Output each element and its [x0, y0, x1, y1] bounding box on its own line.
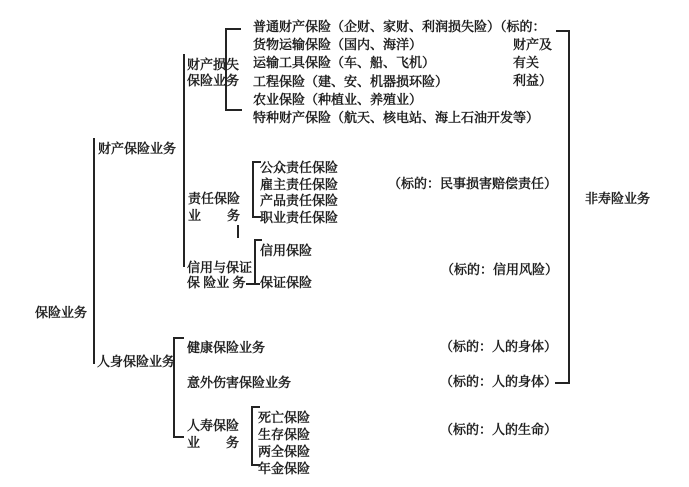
liability-items-list: 公众责任保险雇主责任保险产品责任保险职业责任保险 — [260, 160, 338, 226]
nonlife-label: 非寿险业务 — [585, 192, 650, 205]
root-bracket-line — [93, 138, 95, 364]
credit-bracket-top-arm — [254, 239, 262, 241]
credit-item-guarantee: 保证保险 — [260, 276, 312, 289]
life-bracket-line — [251, 406, 253, 466]
loss-label-line1: 财产损失 — [187, 58, 239, 71]
accident-label: 意外伤害保险业务 — [187, 376, 291, 389]
person-bracket-bottom-arm — [173, 436, 184, 438]
credit-bracket-bottom-arm — [246, 283, 260, 285]
liability-tick-line — [237, 225, 239, 238]
life-label-line1: 人寿保险 — [187, 419, 239, 432]
credit-bracket-line — [254, 239, 256, 285]
loss-note-line: 利益） — [513, 72, 552, 90]
liability-note: （标的：民事损害赔偿责任） — [388, 177, 557, 190]
loss-label-line2: 保险业务 — [187, 74, 239, 87]
health-label: 健康保险业务 — [187, 341, 265, 354]
loss-note-line: 有关 — [513, 54, 552, 72]
accident-note: （标的：人的身体） — [440, 375, 557, 388]
liability-label-line1: 责任保险 — [188, 192, 240, 205]
person-branch-label: 人身保险业务 — [97, 355, 175, 368]
insurance-classification-diagram: 保险业务 财产保险业务 财产损失 保险业务 普通财产保险（企财、家财、利润损失险… — [0, 0, 689, 487]
credit-label-line2: 保 险业 务 — [187, 276, 246, 289]
credit-label-line1: 信用与保证 — [187, 261, 252, 274]
credit-note: （标的：信用风险） — [441, 263, 558, 276]
life-item: 两全保险 — [258, 443, 310, 460]
life-label-line2: 业 务 — [187, 436, 239, 449]
life-item: 生存保险 — [258, 426, 310, 443]
loss-item: 工程保险（建、安、机器损环险） — [253, 73, 546, 91]
loss-bracket-bottom-arm — [225, 109, 242, 111]
credit-item-credit: 信用保险 — [260, 244, 312, 257]
loss-item: 运输工具保险（车、船、飞机） — [253, 54, 546, 72]
loss-bracket-top-arm — [225, 28, 241, 30]
liability-bracket-line — [252, 161, 254, 218]
liability-item: 产品责任保险 — [260, 193, 338, 210]
liability-item: 雇主责任保险 — [260, 177, 338, 194]
nonlife-bracket-line — [568, 30, 570, 384]
life-bracket-top-arm — [251, 406, 260, 408]
health-note: （标的：人的身体） — [440, 340, 557, 353]
life-items-list: 死亡保险生存保险两全保险年金保险 — [258, 409, 310, 477]
property-branch-label: 财产保险业务 — [98, 142, 176, 155]
loss-item: 特种财产保险（航天、核电站、海上石油开发等） — [253, 109, 546, 127]
liability-item: 职业责任保险 — [260, 210, 338, 227]
person-bracket-top-arm — [173, 337, 184, 339]
life-item: 死亡保险 — [258, 409, 310, 426]
liability-label-line2: 业 务 — [188, 209, 240, 222]
loss-note-line: 财产及 — [513, 36, 552, 54]
root-label: 保险业务 — [35, 306, 87, 319]
life-item: 年金保险 — [258, 460, 310, 477]
loss-item: 普通财产保险（企财、家财、利润损失险）（标的： — [253, 18, 546, 36]
loss-items-list: 普通财产保险（企财、家财、利润损失险）（标的：货物运输保险（国内、海洋）运输工具… — [253, 18, 546, 127]
person-bracket-line — [173, 337, 175, 438]
nonlife-bracket-top-arm — [556, 30, 568, 32]
loss-item: 货物运输保险（国内、海洋） — [253, 36, 546, 54]
life-note: （标的：人的生命） — [440, 423, 557, 436]
liability-item: 公众责任保险 — [260, 160, 338, 177]
loss-note-continuation: 财产及有关利益） — [513, 36, 552, 91]
property-bracket-line — [183, 54, 185, 267]
loss-item: 农业保险（种植业、养殖业） — [253, 91, 546, 109]
